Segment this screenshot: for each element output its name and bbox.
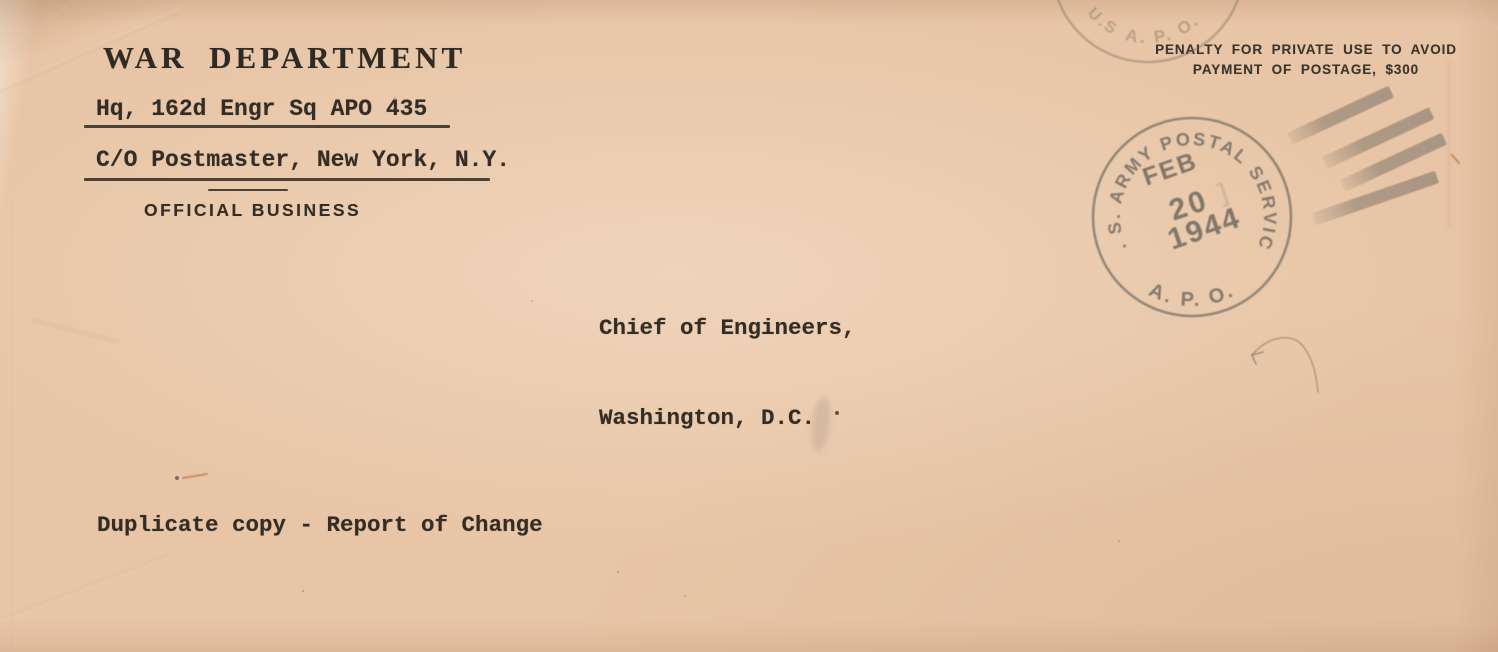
incidental-marks [0,0,1498,652]
envelope-scan: WAR DEPARTMENT Hq, 162d Engr Sq APO 435 … [0,0,1498,652]
orange-scratch-right [1452,155,1459,163]
pencil-check-arrowhead [1252,352,1263,364]
pencil-check-mark [1252,338,1318,392]
orange-scratch-left [183,474,207,478]
